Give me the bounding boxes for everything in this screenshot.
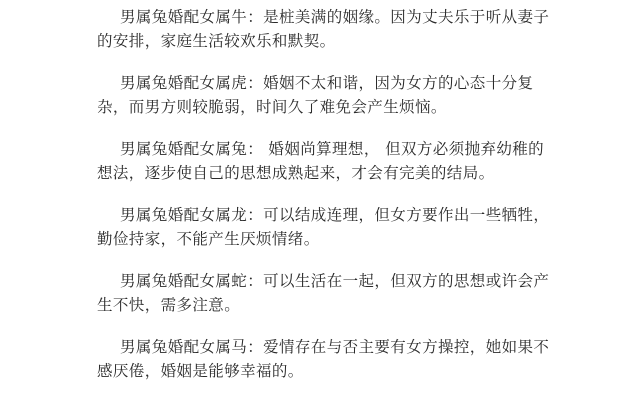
paragraph-lead: 男属兔婚配女属兔： — [120, 140, 263, 158]
paragraph-lead: 男属兔婚配女属虎： — [120, 74, 263, 92]
paragraph-tiger: 男属兔婚配女属虎：婚姻不太和谐，因为女方的心态十分复杂，而男方则较脆弱，时间久了… — [97, 72, 557, 119]
paragraph-snake: 男属兔婚配女属蛇：可以生活在一起，但双方的思想或许会产生不快，需多注意。 — [97, 270, 557, 317]
paragraph-lead: 男属兔婚配女属牛： — [120, 8, 263, 26]
paragraph-dragon: 男属兔婚配女属龙：可以结成连理，但女方要作出一些牺牲，勤俭持家，不能产生厌烦情绪… — [97, 204, 557, 251]
paragraph-lead: 男属兔婚配女属马： — [120, 338, 263, 356]
paragraph-horse: 男属兔婚配女属马：爱情存在与否主要有女方操控，她如果不感厌倦，婚姻是能够幸福的。 — [97, 336, 557, 383]
paragraph-rabbit: 男属兔婚配女属兔： 婚姻尚算理想， 但双方必须抛弃幼稚的想法，逐步使自己的思想成… — [97, 138, 557, 185]
document-page: 男属兔婚配女属牛：是桩美满的姻缘。因为丈夫乐于听从妻子的安排，家庭生活较欢乐和默… — [97, 6, 557, 400]
paragraph-lead: 男属兔婚配女属龙： — [120, 206, 263, 224]
paragraph-ox: 男属兔婚配女属牛：是桩美满的姻缘。因为丈夫乐于听从妻子的安排，家庭生活较欢乐和默… — [97, 6, 557, 53]
paragraph-lead: 男属兔婚配女属蛇： — [120, 272, 263, 290]
